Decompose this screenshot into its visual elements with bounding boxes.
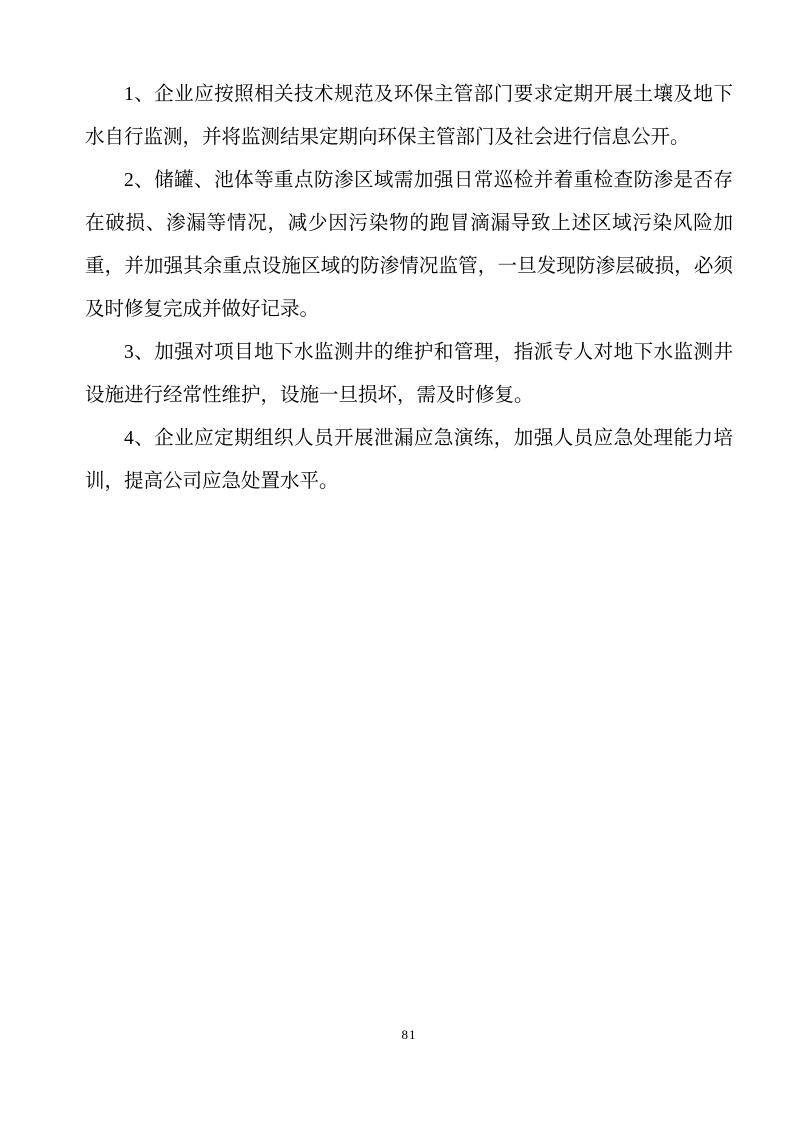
paragraph-4: 4、企业应定期组织人员开展泄漏应急演练，加强人员应急处理能力培训，提高公司应急处…	[85, 417, 733, 503]
page-number: 81	[402, 1027, 417, 1042]
paragraph-2: 2、储罐、池体等重点防渗区域需加强日常巡检并着重检查防渗是否存在破损、渗漏等情况…	[85, 159, 733, 331]
page-footer: 81	[85, 1026, 733, 1044]
paragraph-3: 3、加强对项目地下水监测井的维护和管理，指派专人对地下水监测井设施进行经常性维护…	[85, 331, 733, 417]
document-page: 1、企业应按照相关技术规范及环保主管部门要求定期开展土壤及地下水自行监测，并将监…	[0, 0, 800, 1131]
paragraph-1: 1、企业应按照相关技术规范及环保主管部门要求定期开展土壤及地下水自行监测，并将监…	[85, 73, 733, 159]
document-body: 1、企业应按照相关技术规范及环保主管部门要求定期开展土壤及地下水自行监测，并将监…	[85, 73, 733, 503]
